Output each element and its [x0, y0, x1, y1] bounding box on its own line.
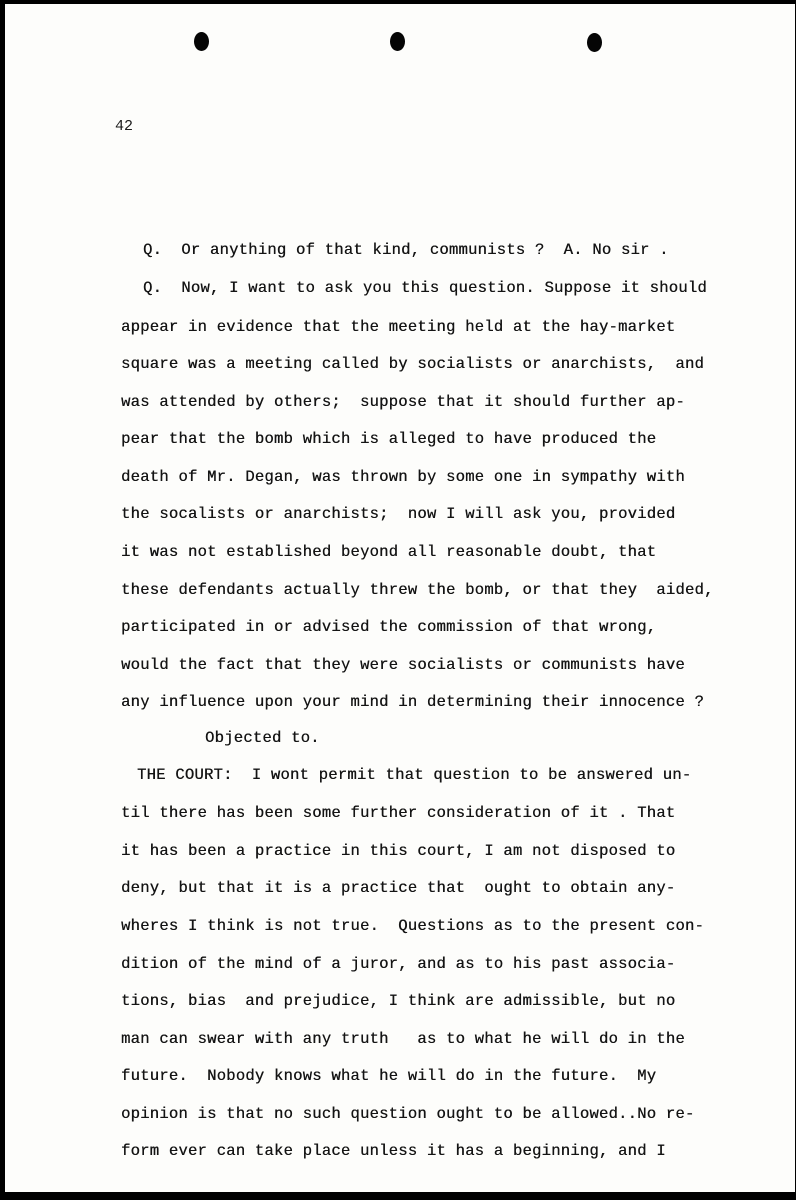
page-number: 42	[115, 118, 133, 135]
transcript-line: tions, bias and prejudice, I think are a…	[121, 992, 675, 1010]
punch-hole-left	[194, 32, 209, 51]
transcript-line: square was a meeting called by socialist…	[121, 355, 704, 373]
transcript-line: the socalists or anarchists; now I will …	[121, 505, 675, 523]
transcript-line: death of Mr. Degan, was thrown by some o…	[121, 468, 685, 486]
transcript-line: deny, but that it is a practice that oug…	[121, 879, 675, 897]
transcript-line: participated in or advised the commissio…	[121, 618, 656, 636]
document-page: 42 Q. Or anything of that kind, communis…	[5, 4, 795, 1192]
transcript-line: these defendants actually threw the bomb…	[121, 581, 714, 599]
transcript-line: would the fact that they were socialists…	[121, 656, 685, 674]
transcript-line: dition of the mind of a juror, and as to…	[121, 955, 675, 973]
transcript-line: wheres I think is not true. Questions as…	[121, 917, 704, 935]
transcript-line: future. Nobody knows what he will do in …	[121, 1067, 656, 1085]
transcript-line: pear that the bomb which is alleged to h…	[121, 430, 656, 448]
transcript-line: it was not established beyond all reason…	[121, 543, 656, 561]
transcript-line: opinion is that no such question ought t…	[121, 1105, 694, 1123]
transcript-line: til there has been some further consider…	[121, 804, 675, 822]
punch-hole-center	[390, 32, 405, 51]
transcript-line: appear in evidence that the meeting held…	[121, 318, 675, 336]
transcript-line: form ever can take place unless it has a…	[121, 1142, 666, 1160]
transcript-line: any influence upon your mind in determin…	[121, 693, 704, 711]
transcript-line: it has been a practice in this court, I …	[121, 842, 675, 860]
transcript-line: man can swear with any truth as to what …	[121, 1030, 685, 1048]
punch-hole-right	[587, 33, 602, 52]
transcript-line: Q. Now, I want to ask you this question.…	[143, 279, 707, 297]
transcript-line: THE COURT: I wont permit that question t…	[137, 766, 691, 784]
transcript-line: Q. Or anything of that kind, communists …	[143, 241, 669, 259]
transcript-line: Objected to.	[205, 729, 320, 747]
transcript-line: was attended by others; suppose that it …	[121, 393, 685, 411]
